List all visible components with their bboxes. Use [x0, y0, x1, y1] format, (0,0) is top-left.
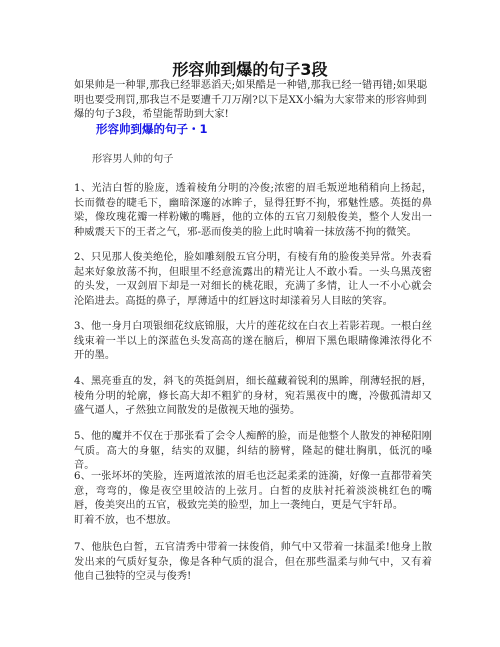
paragraph-1: 1、光洁白皙的脸庞，透着棱角分明的冷俊;浓密的眉毛叛逆地稍稍向上扬起，长而微卷的… [74, 182, 432, 240]
paragraph-4: 4、黑亮垂直的发，斜飞的英挺剑眉，细长蕴藏着锐利的黑眸，削薄轻抿的唇，棱角分明的… [74, 375, 432, 419]
paragraph-7: 7、他肤色白皙，五官清秀中带着一抹俊俏，帅气中又带着一抹温柔!他身上散发出来的气… [74, 541, 432, 585]
paragraph-6-continuation: 盯着不放，也不想放。 [74, 514, 432, 529]
document-page: 形容帅到爆的句子3段 如果帅是一种罪,那我已经罪恶滔天;如果酷是一种错,那我已经… [0, 0, 500, 647]
paragraph-6: 6、一张坏坏的笑脸，连两道浓浓的眉毛也泛起柔柔的涟漪，好像一直都带着笑意，弯弯的… [74, 470, 432, 514]
intro-paragraph: 如果帅是一种罪,那我已经罪恶滔天;如果酷是一种错,那我已经一错再错;如果聪明也要… [74, 79, 430, 123]
document-title: 形容帅到爆的句子3段 [0, 60, 500, 80]
section-heading: 形容帅到爆的句子・1 [96, 121, 208, 137]
paragraph-5: 5、他的魔并不仅在于那张看了会令人痴醉的脸，而是他整个人散发的神秘阳刚气质。高大… [74, 430, 432, 474]
paragraph-3: 3、他一身月白项银细花纹底锦服，大片的莲花纹在白衣上若影若现。一根白丝线束着一半… [74, 320, 432, 364]
paragraph-2: 2、只见那人俊美绝伦，脸如雕刻般五官分明，有棱有角的脸俊美异常。外表看起来好象放… [74, 251, 432, 309]
subheading: 形容男人帅的句子 [92, 153, 174, 167]
